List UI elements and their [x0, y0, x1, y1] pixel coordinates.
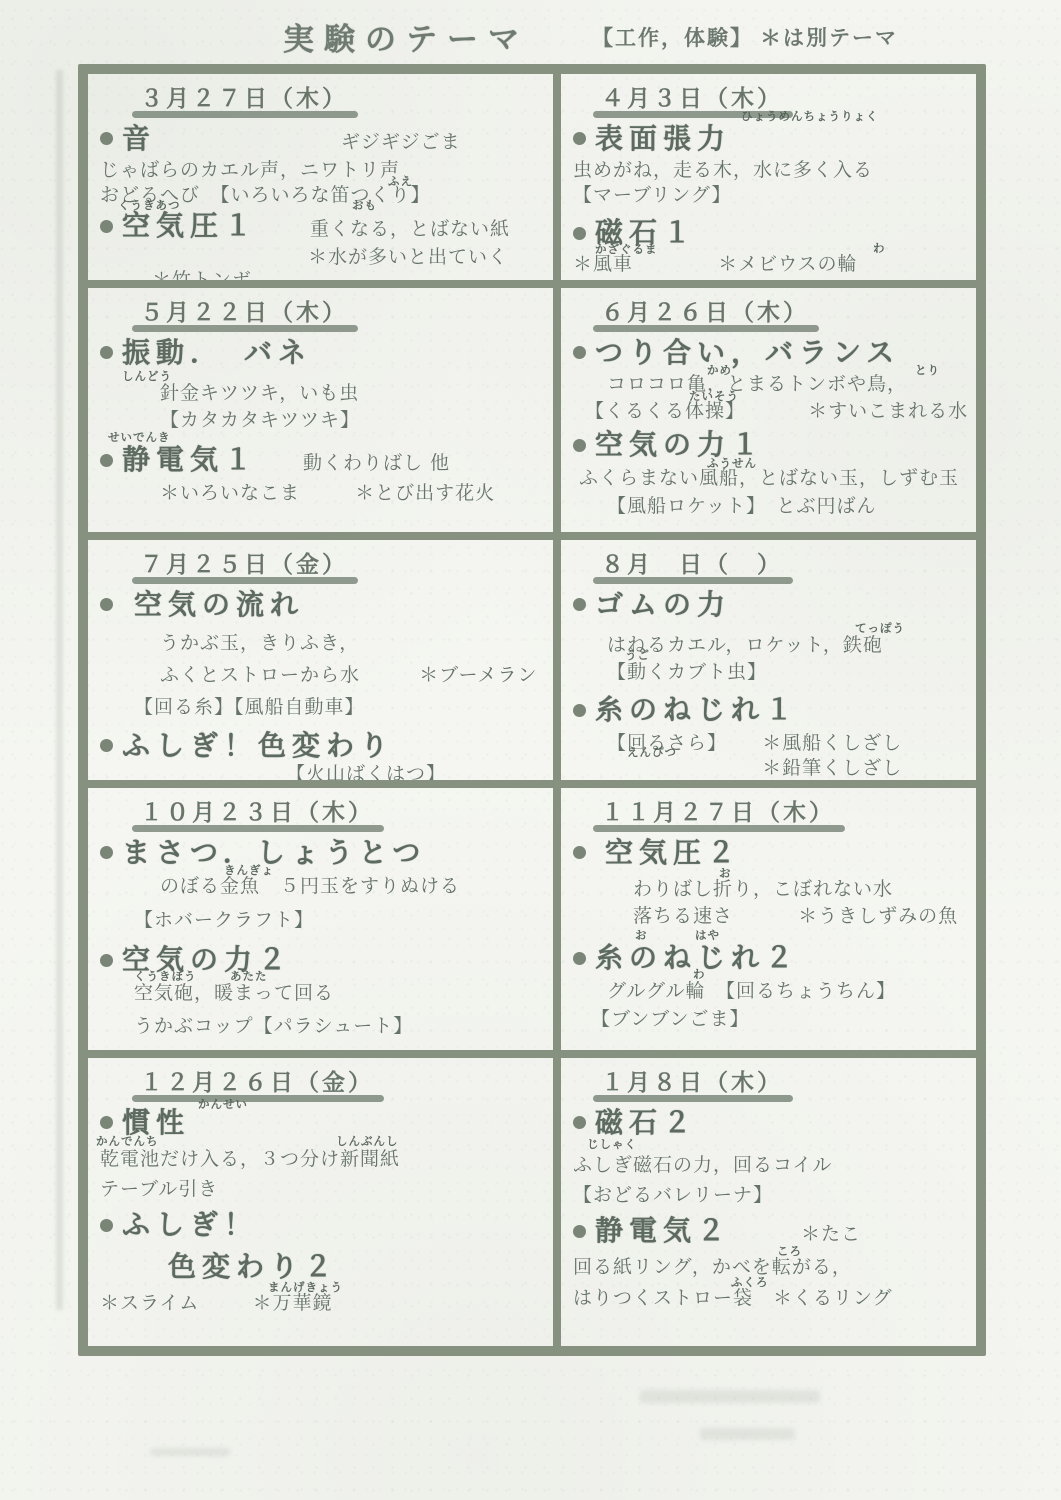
page-title: 実験のテーマ — [283, 14, 529, 59]
topic-line: 空気の力１ — [573, 427, 968, 463]
star-item: ＊ブーメラン — [419, 664, 537, 686]
detail-text: 【火山ばくはつ】 — [286, 763, 446, 784]
topic-title: 静電気１ — [122, 442, 258, 478]
furigana-note: ころ — [777, 1244, 802, 1259]
furigana-note: くうきあつ — [118, 198, 181, 213]
bullet-icon — [573, 1225, 586, 1238]
detail-text: はりつくストロー袋 ＊くるリング — [573, 1287, 893, 1309]
topic-title: 振動． バネ — [122, 335, 312, 371]
detail-line: コロコロ亀，とまるトンボや鳥， かめ とり — [607, 372, 968, 396]
furigana-note: ひょうめんちょうりょく — [741, 109, 879, 124]
star-line: ＊風車 かざぐるま ＊メビウスの輪 わ — [573, 252, 968, 276]
detail-text: 【回る糸】【風船自動車】 — [134, 696, 365, 718]
detail-line: はりつくストロー袋 ＊くるリング ふくろ — [573, 1286, 968, 1310]
detail-line: 【回る糸】【風船自動車】 — [134, 695, 545, 719]
cell-apr-3: ４月３日（木） 表面張力 ひょうめんちょうりょく 虫めがね，走る木，水に多く入る… — [557, 70, 980, 284]
detail-text: 【ホバークラフト】 — [134, 909, 314, 931]
scanned-document-page: 実験のテーマ 【工作，体験】 ＊は別テーマ ３月２７日（木） 音 ギジギジごま … — [0, 0, 1061, 1500]
detail-line: じゃばらのカエル声，ニワトリ声 — [100, 158, 545, 182]
star-line: ＊いろいなこま ＊とび出す花火 — [160, 481, 545, 505]
detail-line: 【ホバークラフト】 — [134, 908, 545, 932]
date-heading: ３月２７日（木） — [140, 80, 348, 113]
bullet-icon — [100, 739, 113, 752]
furigana-note: せいでんき — [108, 430, 171, 445]
date-heading: １２月２６日（金） — [140, 1064, 374, 1097]
topic-title: 空気の流れ — [134, 587, 304, 623]
furigana-note: かめ — [707, 363, 732, 378]
furigana-note: おも — [352, 198, 377, 213]
topic-title: 静電気２ — [595, 1213, 731, 1249]
topic-line: ゴムの力 — [573, 587, 968, 623]
cell-jan-8: １月８日（木） 磁石２ じしゃく ふしぎ磁石の力，回るコイル 【おどるバレリーナ… — [557, 1054, 980, 1350]
detail-text: ふくとストローから水 — [160, 664, 360, 686]
star-item: ＊鉛筆くしざし — [762, 756, 902, 780]
bullet-icon — [100, 132, 113, 145]
bullet-icon — [100, 1219, 113, 1232]
detail-line: 乾電池だけ入る，３つ分け新聞紙 かんでんち しんぶんし — [100, 1147, 545, 1171]
detail-text: 落ちる速さ — [633, 905, 733, 927]
furigana-note: かざぐるま — [595, 242, 658, 257]
bullet-icon — [100, 220, 113, 233]
detail-text: じゃばらのカエル声，ニワトリ声 — [100, 159, 400, 181]
bullet-icon — [100, 598, 113, 611]
furigana-note: わ — [693, 967, 706, 982]
detail-line: 【火山ばくはつ】 — [286, 762, 545, 784]
furigana-note: かんでんち — [96, 1134, 159, 1149]
bleed-through-mark — [700, 1428, 795, 1440]
detail-text: ふしぎ磁石の力，回るコイル — [573, 1154, 832, 1176]
cell-jul-25: ７月２５日（金） 空気の流れ うかぶ玉，きりふき， ふくとストローから水 ＊ブー… — [84, 536, 557, 784]
topic-line: 振動． バネ しんどう — [100, 335, 545, 371]
detail-line: 落ちる速さ お はや ＊うきしずみの魚 — [633, 904, 968, 928]
bullet-icon — [573, 439, 586, 452]
detail-text: のぼる金魚 ５円玉をすりぬける — [160, 875, 460, 897]
topic-title: 磁石２ — [595, 1105, 697, 1141]
topic-line: まさつ．しょうとつ — [100, 835, 545, 871]
topic-side-note: 動くわりばし 他 — [303, 451, 450, 475]
topic-line: 糸のねじれ２ — [573, 940, 968, 976]
star-item: ＊万華鏡 — [252, 1292, 332, 1314]
bullet-icon — [100, 454, 113, 467]
bullet-icon — [573, 598, 586, 611]
topic-side-note: ギジギジごま — [341, 130, 461, 154]
detail-line: 空気砲，暖まって回る くうきほう あたた — [134, 981, 545, 1005]
furigana-note: わ — [873, 241, 886, 256]
detail-text: グルグル輪 【回るちょうちん】 — [607, 980, 896, 1002]
detail-line: 【マーブリング】 — [573, 183, 968, 207]
detail-line: 【回るさら】 ＊風船くしざし ＊鉛筆くしざし えんぴつ — [607, 731, 968, 780]
detail-line: わりばし折り，こぼれない水 お — [633, 877, 968, 901]
topic-line: 静電気１ せいでんき 動くわりばし 他 — [100, 442, 545, 478]
topic-line: 空気の流れ — [100, 587, 545, 623]
detail-line: うかぶ玉，きりふき， — [160, 631, 545, 655]
detail-line: ふくとストローから水 ＊ブーメラン — [160, 663, 545, 687]
furigana-note: てっぽう — [855, 621, 905, 636]
detail-text: 空気砲，暖まって回る — [134, 982, 334, 1004]
furigana-note: あたた — [230, 969, 268, 984]
bullet-icon — [573, 346, 586, 359]
topic-title: ゴムの力 — [595, 587, 731, 623]
bullet-icon — [573, 132, 586, 145]
detail-line: はねるカエル，ロケット，鉄砲 てっぽう — [607, 633, 968, 657]
detail-line: グルグル輪 【回るちょうちん】 わ — [607, 979, 968, 1003]
topic-side-note: ＊たこ — [801, 1222, 861, 1246]
topic-line: 表面張力 ひょうめんちょうりょく — [573, 121, 968, 157]
date-heading: １月８日（木） — [601, 1064, 783, 1097]
topic-line: 音 ギジギジごま — [100, 121, 545, 157]
topic-title: 音 — [122, 121, 156, 157]
furigana-note: かんせい — [198, 1097, 248, 1112]
topic-line: 空気圧１ くうきあつ 重くなる，とばない紙 おも — [100, 208, 545, 244]
bullet-icon — [100, 954, 113, 967]
bleed-through-mark — [640, 1390, 820, 1403]
bleed-through-mark — [150, 1448, 230, 1456]
furigana-note: しんぶんし — [336, 1134, 399, 1149]
date-heading: １０月２３日（木） — [140, 794, 374, 827]
furigana-note: まんげきょう — [268, 1280, 343, 1295]
detail-line: うかぶコップ【パラシュート】 — [134, 1014, 545, 1038]
bullet-icon — [100, 846, 113, 859]
detail-line: 【ブンブンごま】 — [591, 1007, 968, 1031]
cell-jun-26: ６月２６日（木） つり合い，バランス コロコロ亀，とまるトンボや鳥， かめ とり… — [557, 284, 980, 536]
detail-text: コロコロ亀，とまるトンボや鳥， — [607, 373, 907, 395]
topic-line: 糸のねじれ１ — [573, 692, 968, 728]
furigana-note: ふえ — [388, 174, 413, 189]
cell-may-22: ５月２２日（木） 振動． バネ しんどう 針金キツツキ，いも虫 【カタカタキツツ… — [84, 284, 557, 536]
bullet-icon — [100, 1116, 113, 1129]
furigana-note: とり — [915, 363, 940, 378]
detail-line: 【風船ロケット】 とぶ円ばん — [607, 494, 968, 518]
detail-text: 針金キツツキ，いも虫 — [160, 382, 359, 404]
furigana-note: じしゃく — [587, 1137, 637, 1152]
furigana-note: うご — [625, 648, 650, 663]
detail-text: うかぶ玉，きりふき， — [160, 632, 359, 654]
detail-line: 虫めがね，走る木，水に多く入る — [573, 158, 968, 182]
detail-line: 針金キツツキ，いも虫 — [160, 381, 545, 405]
topic-title: まさつ．しょうとつ — [122, 835, 426, 871]
furigana-note: くうきほう — [134, 969, 197, 984]
cell-mar-27: ３月２７日（木） 音 ギジギジごま じゃばらのカエル声，ニワトリ声 おどるへび … — [84, 70, 557, 284]
bullet-icon — [573, 846, 586, 859]
detail-line: ふしぎ磁石の力，回るコイル — [573, 1153, 968, 1177]
page-note: ＊は別テーマ — [760, 22, 898, 52]
detail-text: 【ブンブンごま】 — [591, 1008, 749, 1030]
star-item: ＊いろいなこま — [160, 482, 300, 504]
topic-line: 色変わり２ — [168, 1249, 545, 1285]
star-line: ＊スライム ＊万華鏡 まんげきょう — [100, 1291, 545, 1315]
furigana-note: えんぴつ — [627, 745, 677, 760]
date-heading: ６月２６日（木） — [601, 294, 809, 327]
star-item: ＊すいこまれる水 — [808, 400, 968, 422]
topic-title: つり合い，バランス — [595, 335, 900, 371]
topic-line: ふしぎ！色変わり — [100, 728, 545, 764]
topic-line: 静電気２ ＊たこ — [573, 1213, 968, 1249]
detail-text: テーブル引き — [100, 1178, 218, 1200]
bullet-icon — [573, 227, 586, 240]
detail-text: わりばし折り，こぼれない水 — [633, 878, 893, 900]
detail-line: 【動くカブト虫】 うご — [607, 660, 968, 684]
topic-title: ふしぎ！色変わり — [122, 728, 394, 764]
star-item: ＊メビウスの輪 — [718, 253, 857, 275]
detail-line: のぼる金魚 ５円玉をすりぬける きんぎょ — [160, 874, 545, 898]
detail-line: テーブル引き — [100, 1177, 545, 1201]
topic-title: ふしぎ！ — [122, 1207, 258, 1243]
furigana-note: お — [719, 866, 732, 881]
detail-text: うかぶコップ【パラシュート】 — [134, 1015, 413, 1037]
furigana-note: たいそう — [689, 389, 739, 404]
star-item: ＊うきしずみの魚 — [798, 905, 958, 927]
furigana-note: ふうせん — [707, 456, 757, 471]
date-heading: ８月 日（ ） — [601, 546, 783, 579]
star-item: ＊風船くしざし — [762, 731, 902, 755]
topic-title: 糸のねじれ１ — [595, 692, 799, 728]
date-heading: ５月２２日（木） — [140, 294, 348, 327]
star-item: ＊スライム — [100, 1292, 199, 1314]
furigana-note: ふくろ — [731, 1275, 769, 1290]
detail-text: 【動くカブト虫】 — [607, 661, 767, 683]
cell-aug: ８月 日（ ） ゴムの力 はねるカエル，ロケット，鉄砲 てっぽう 【動くカブト虫… — [557, 536, 980, 784]
topic-line: ふしぎ！ — [100, 1207, 545, 1243]
detail-text: 回る紙リング，かべを転がる， — [573, 1256, 852, 1278]
star-line: ＊水が多いと出ていく — [308, 245, 545, 269]
cell-oct-23: １０月２３日（木） まさつ．しょうとつ のぼる金魚 ５円玉をすりぬける きんぎょ… — [84, 784, 557, 1054]
detail-text: 【カタカタキツツキ】 — [160, 409, 360, 431]
star-item: ＊水が多いと出ていく — [308, 246, 508, 268]
detail-text: 虫めがね，走る木，水に多く入る — [573, 159, 873, 181]
detail-line: ふくらまない風船，とばない玉，しずむ玉 ふうせん — [579, 466, 968, 490]
topic-line: つり合い，バランス — [573, 335, 968, 371]
furigana-note: きんぎょ — [224, 863, 274, 878]
detail-text: ふくらまない風船，とばない玉，しずむ玉 — [579, 467, 959, 489]
bullet-icon — [573, 952, 586, 965]
topic-title: 表面張力 — [595, 121, 731, 157]
detail-line: 【おどるバレリーナ】 — [573, 1183, 968, 1207]
cell-dec-26: １２月２６日（金） 慣性 かんせい 乾電池だけ入る，３つ分け新聞紙 かんでんち … — [84, 1054, 557, 1350]
bullet-icon — [573, 1116, 586, 1129]
star-line: ＊竹トンボ — [152, 268, 545, 284]
topic-title: 空気圧１ — [122, 208, 258, 244]
bullet-icon — [573, 704, 586, 717]
detail-text: 【風船ロケット】 とぶ円ばん — [607, 495, 877, 517]
detail-text: 【おどるバレリーナ】 — [573, 1184, 773, 1206]
detail-line: 回る紙リング，かべを転がる， ころ — [573, 1255, 968, 1279]
detail-text: 乾電池だけ入る，３つ分け新聞紙 — [100, 1148, 400, 1170]
topic-line: 慣性 かんせい — [100, 1105, 545, 1141]
schedule-table: ３月２７日（木） 音 ギジギジごま じゃばらのカエル声，ニワトリ声 おどるへび … — [78, 64, 986, 1356]
detail-line: 【カタカタキツツキ】 — [160, 408, 545, 432]
topic-line: 磁石２ じしゃく — [573, 1105, 968, 1141]
scan-streak — [56, 70, 63, 1310]
bullet-icon — [100, 346, 113, 359]
date-heading: ７月２５日（金） — [140, 546, 348, 579]
detail-line: 【くるくる体操】 たいそう ＊すいこまれる水 — [585, 399, 968, 423]
cell-nov-27: １１月２７日（木） 空気圧２ わりばし折り，こぼれない水 お 落ちる速さ お は… — [557, 784, 980, 1054]
star-item: ＊とび出す花火 — [355, 482, 495, 504]
date-heading: １１月２７日（木） — [601, 794, 835, 827]
star-item: ＊竹トンボ — [152, 269, 252, 284]
detail-text: 【マーブリング】 — [573, 184, 731, 206]
page-subtitle: 【工作，体験】 — [592, 22, 753, 52]
topic-line: 空気圧２ — [573, 835, 968, 871]
topic-side-note: 重くなる，とばない紙 — [310, 217, 510, 241]
